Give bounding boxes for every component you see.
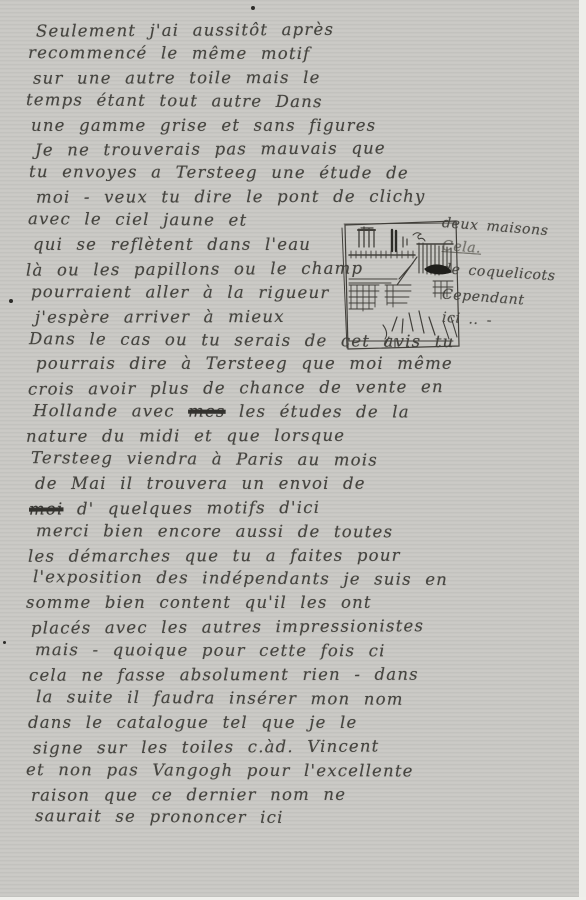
letter-line: nature du midi et que lorsque — [26, 423, 570, 448]
letter-body: Seulement j'ai aussitôt aprèsrecommencé … — [26, 18, 570, 830]
letter-line: Seulement j'ai aussitôt après — [26, 16, 570, 43]
letter-line: cela ne fasse absolument rien - dans — [26, 662, 570, 687]
letter-line-text: nature du midi et que lorsque — [26, 424, 345, 449]
letter-line: recommencé le même motif — [26, 41, 570, 67]
letter-line: moi d' quelques motifs d'ici — [26, 494, 570, 521]
letter-page: Seulement j'ai aussitôt aprèsrecommencé … — [0, 0, 586, 900]
letter-line-text: dans le catalogue tel que je le — [28, 711, 357, 735]
letter-line-text: tu envoyes a Tersteeg une étude de — [29, 160, 409, 185]
letter-line-text: là ou les papillons ou le champ — [26, 257, 356, 283]
letter-line: Hollande avec mes les études de la — [26, 399, 570, 425]
letter-line: merci bien encore aussi de toutes — [26, 519, 570, 545]
letter-line: qui se reflètent dans l'eauCela. — [26, 233, 570, 257]
letter-line: signe sur les toiles c.àd. Vincent — [26, 733, 570, 760]
letter-line: pourrais dire à Tersteeg que moi même — [26, 352, 570, 376]
letter-line: crois avoir plus de chance de vente en — [26, 375, 570, 402]
letter-line: pourraient aller à la rigueurCependant — [26, 280, 570, 306]
letter-line: moi - veux tu dire le pont de clichy — [26, 185, 570, 210]
letter-line-text: j'espère arriver à mieux — [35, 305, 285, 330]
letter-line-text: saurait se prononcer ici — [35, 805, 284, 831]
letter-line-text: crois avoir plus de chance de vente en — [28, 375, 444, 401]
line-segment: d' quelques motifs d'ici — [63, 498, 320, 519]
letter-line-text: les démarches que tu a faites pour — [28, 543, 401, 568]
letter-line: dans le catalogue tel que je le — [26, 711, 570, 735]
letter-line-text: merci bien encore aussi de toutes — [36, 519, 393, 544]
letter-line: raison que ce dernier nom ne — [26, 782, 570, 807]
letter-line: sur une autre toile mais le — [26, 65, 570, 90]
letter-line: les démarches que tu a faites pour — [26, 543, 570, 568]
letter-line-text: et non pas Vangogh pour l'excellente — [26, 758, 414, 783]
scan-edge-right — [579, 0, 586, 900]
letter-line-text: somme bien content qu'il les ont — [26, 591, 372, 615]
letter-line-text: mais - quoique pour cette fois ci — [35, 638, 386, 663]
line-segment: Hollande avec — [33, 401, 188, 421]
letter-line-text: cela ne fasse absolument rien - dans — [29, 663, 419, 688]
line-segment: les études de la — [226, 402, 410, 422]
letter-line-text: raison que ce dernier nom ne — [31, 782, 346, 807]
letter-line: l'exposition des indépendants je suis en — [26, 566, 570, 594]
letter-line: mais - quoique pour cette fois ci — [26, 638, 570, 664]
letter-line: et non pas Vangogh pour l'excellente — [26, 758, 570, 784]
letter-line-text: la suite il faudra insérer mon nom — [36, 685, 404, 711]
letter-line: là ou les papillons ou le champde coquel… — [26, 255, 570, 282]
letter-line-text: sur une autre toile mais le — [33, 66, 321, 91]
letter-line-text: signe sur les toiles c.àd. Vincent — [33, 734, 380, 760]
letter-line: Tersteeg viendra à Paris au mois — [26, 446, 570, 474]
letter-line-text: Je ne trouverais pas mauvais que — [35, 137, 386, 163]
letter-line-text: placés avec les autres impressionistes — [31, 614, 424, 640]
letter-line: Je ne trouverais pas mauvais que — [26, 136, 570, 163]
letter-line-text: pourrais dire à Tersteeg que moi même — [36, 352, 453, 376]
letter-line-text: avec le ciel jaune et — [28, 207, 247, 232]
struck-word: moi — [29, 499, 64, 518]
letter-line-text: une gamme grise et sans figures — [31, 114, 376, 138]
letter-line: une gamme grise et sans figures — [26, 114, 570, 138]
letter-line-text: moi d' quelques motifs d'ici — [29, 496, 320, 522]
letter-line-text: pourraient aller à la rigueur — [31, 280, 330, 305]
letter-line: temps étant tout autre Dans — [26, 88, 570, 116]
ink-speck — [3, 641, 6, 644]
letter-line: j'espère arriver à mieuxici .. - — [26, 304, 570, 329]
letter-line: Dans le cas ou tu serais de cet avis tu — [26, 327, 570, 355]
letter-line: placés avec les autres impressionistes — [26, 614, 570, 641]
letter-line-text: moi - veux tu dire le pont de clichy — [36, 185, 426, 210]
letter-line-text: de Mai il trouvera un envoi de — [35, 472, 366, 496]
letter-line-text: qui se reflètent dans l'eau — [33, 233, 311, 257]
letter-line: avec le ciel jaune etdeux maisons — [26, 207, 570, 235]
letter-line-text: l'exposition des indépendants je suis en — [33, 566, 448, 593]
letter-line-text: Seulement j'ai aussitôt après — [36, 18, 334, 44]
letter-line: saurait se prononcer ici — [26, 804, 570, 832]
letter-line-text: temps étant tout autre Dans — [26, 88, 323, 114]
letter-line-text: Tersteeg viendra à Paris au mois — [31, 446, 378, 472]
struck-word: mes — [188, 402, 226, 421]
letter-line-text: recommencé le même motif — [28, 41, 311, 66]
letter-line: la suite il faudra insérer mon nom — [26, 685, 570, 713]
letter-line-text: Hollande avec mes les études de la — [33, 399, 410, 424]
pont-de-clichy-sketch — [339, 217, 463, 353]
letter-line: de Mai il trouvera un envoi de — [26, 472, 570, 496]
ink-speck — [251, 6, 255, 10]
ink-speck — [9, 299, 13, 303]
letter-line: tu envoyes a Tersteeg une étude de — [26, 160, 570, 186]
letter-line: somme bien content qu'il les ont — [26, 591, 570, 615]
